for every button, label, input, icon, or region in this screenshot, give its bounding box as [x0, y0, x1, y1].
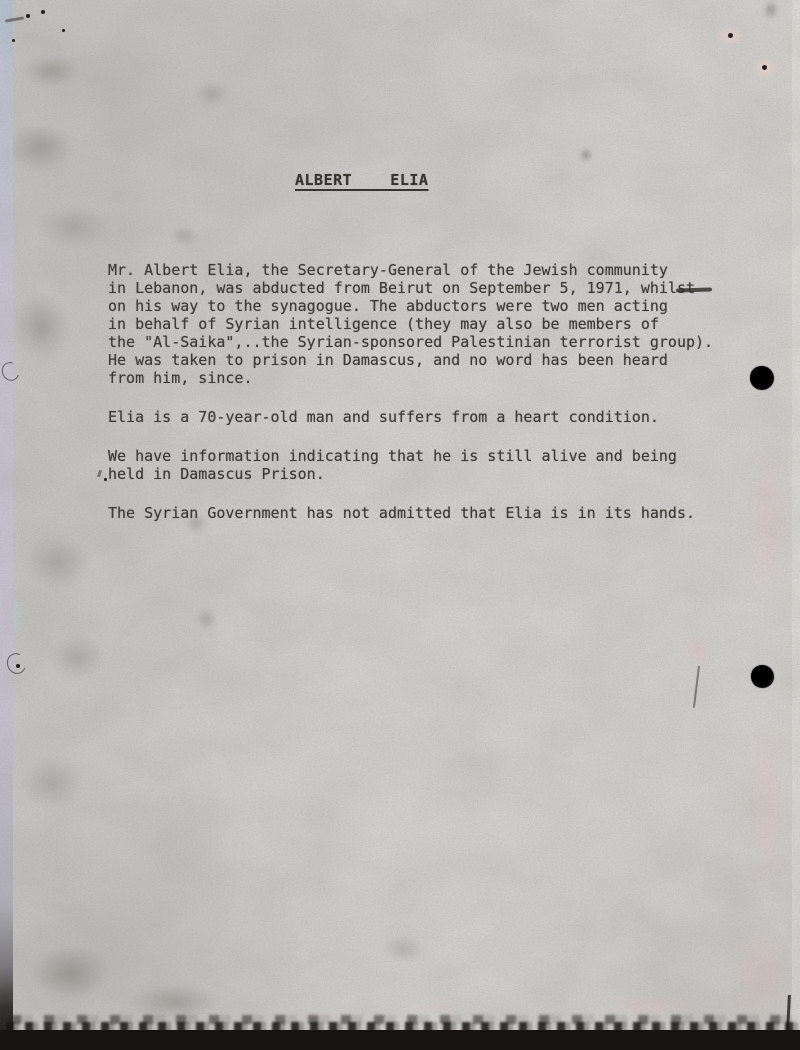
- paragraph-alive-info: We have information indicating that he i…: [108, 447, 748, 483]
- paragraph-abduction: Mr. Albert Elia, the Secretary-General o…: [108, 261, 748, 387]
- paragraph-age-health: Elia is a 70-year-old man and suffers fr…: [108, 408, 748, 426]
- scanned-document-page: ALBERT ELIA Mr. Albert Elia, the Secreta…: [0, 0, 800, 1050]
- paragraph-syrian-government: The Syrian Government has not admitted t…: [108, 504, 748, 522]
- document-text: ALBERT ELIA Mr. Albert Elia, the Secreta…: [0, 0, 800, 1050]
- document-title: ALBERT ELIA: [295, 171, 428, 189]
- document-body: Mr. Albert Elia, the Secretary-General o…: [108, 261, 748, 543]
